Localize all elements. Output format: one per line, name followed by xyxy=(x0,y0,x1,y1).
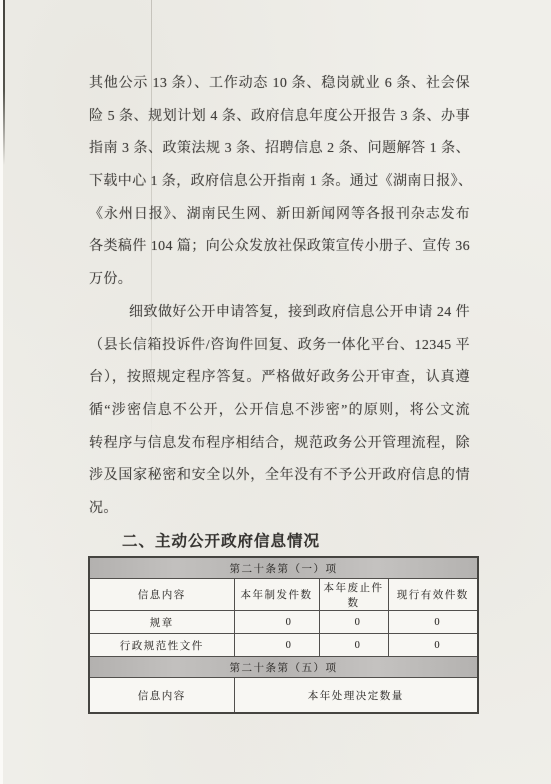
text-line: 涉及国家秘密和安全以外，全年没有不予公开政府信息的情 xyxy=(89,460,470,493)
text-line: 循“涉密信息不公开，公开信息不涉密”的原则，将公文流 xyxy=(89,395,470,428)
text-line: 台），按照规定程序答复。严格做好政务公开审查，认真遵 xyxy=(89,362,470,395)
table-section-title: 第二十条第（五）项 xyxy=(89,657,478,678)
cell-value: 0 xyxy=(319,634,388,657)
body-text: 其他公示 13 条）、工作动态 10 条、稳岗就业 6 条、社会保 险 5 条、… xyxy=(89,68,470,526)
text-line: 指南 3 条、政策法规 3 条、招聘信息 2 条、问题解答 1 条、 xyxy=(89,133,470,166)
column-header: 本年处理决定数量 xyxy=(234,678,478,714)
scan-edge-artifact xyxy=(3,0,5,165)
cell-value: 0 xyxy=(234,634,319,657)
cell-value: 0 xyxy=(388,611,478,634)
column-header: 信息内容 xyxy=(89,678,234,714)
column-header: 本年制发件数 xyxy=(234,579,319,611)
cell-value: 0 xyxy=(234,611,319,634)
table-row: 规章 0 0 0 xyxy=(89,611,478,634)
scanned-document-page: 其他公示 13 条）、工作动态 10 条、稳岗就业 6 条、社会保 险 5 条、… xyxy=(0,0,551,784)
column-header: 本年废止件数 xyxy=(319,579,388,611)
text-line: 各类稿件 104 篇；向公众发放社保政策宣传小册子、宣传 36 xyxy=(89,231,470,264)
column-header: 现行有效件数 xyxy=(388,579,478,611)
text-line: 转程序与信息发布程序相结合，规范政务公开管理流程，除 xyxy=(89,428,470,461)
table-row: 第二十条第（一）项 xyxy=(89,557,478,579)
row-label: 规章 xyxy=(89,611,234,634)
text-line: 况。 xyxy=(89,493,470,526)
table-row: 第二十条第（五）项 xyxy=(89,657,478,678)
disclosure-statistics-table: 第二十条第（一）项 信息内容 本年制发件数 本年废止件数 现行有效件数 规章 0… xyxy=(88,556,479,714)
text-line: 其他公示 13 条）、工作动态 10 条、稳岗就业 6 条、社会保 xyxy=(89,68,470,101)
column-header: 信息内容 xyxy=(89,579,234,611)
table-section-title: 第二十条第（一）项 xyxy=(89,557,478,579)
cell-value: 0 xyxy=(319,611,388,634)
table-row: 信息内容 本年处理决定数量 xyxy=(89,678,478,714)
text-line: 细致做好公开申请答复，接到政府信息公开申请 24 件 xyxy=(89,297,470,330)
cell-value: 0 xyxy=(388,634,478,657)
table-row: 信息内容 本年制发件数 本年废止件数 现行有效件数 xyxy=(89,579,478,611)
text-line: （县长信箱投诉件/咨询件回复、政务一体化平台、12345 平 xyxy=(89,330,470,363)
row-label: 行政规范性文件 xyxy=(89,634,234,657)
text-line: 万份。 xyxy=(89,264,470,297)
text-line: 险 5 条、规划计划 4 条、政府信息年度公开报告 3 条、办事 xyxy=(89,101,470,134)
text-line: 《永州日报》、湖南民生网、新田新闻网等各报刊杂志发布 xyxy=(89,199,470,232)
text-line: 下载中心 1 条，政府信息公开指南 1 条。通过《湖南日报》、 xyxy=(89,166,470,199)
table-row: 行政规范性文件 0 0 0 xyxy=(89,634,478,657)
section-heading: 二、主动公开政府信息情况 xyxy=(122,529,320,551)
